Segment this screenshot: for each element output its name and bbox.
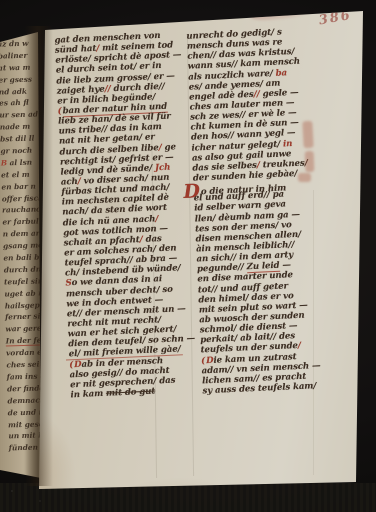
red-initial: D (183, 186, 200, 197)
ink-text: uget ab m (4, 288, 42, 298)
manuscript-line: B al lsn (1, 156, 40, 169)
ink-text: n dem aru (3, 229, 42, 239)
manuscript-line: n dem aru (3, 228, 42, 241)
manuscript-line: hailsgepul (5, 299, 42, 312)
ink-text: de und m (8, 407, 42, 417)
rubricated-text: / (155, 214, 158, 224)
ink-text: rauchandl (2, 205, 42, 215)
manuscript-line: er farbul (2, 216, 41, 229)
manuscript-line: er gsess (0, 73, 38, 86)
manuscript-line: mit gesch (8, 418, 42, 431)
manuscript-line: ches sein (6, 358, 42, 371)
manuscript-photo: { "folio": { "number": "386" }, "colors"… (0, 0, 376, 512)
pigment-stain (305, 151, 315, 172)
ink-text: ge (161, 142, 176, 153)
manuscript-line: de und m (8, 406, 42, 419)
ink-text: offer fisch (2, 193, 42, 203)
ink-text: mit gesch (8, 419, 42, 429)
manuscript-line: uget ab m (4, 287, 42, 300)
manuscript-line: un mit bl (8, 430, 42, 443)
manuscript-page: 386 gat den menschen vonsünd hat/ mit se… (0, 0, 376, 512)
manuscript-line: en bali bil (3, 251, 42, 264)
ink-text: al lsn (7, 158, 32, 168)
manuscript-line: war gereilt (5, 323, 42, 336)
ink-text: ches sein (6, 359, 42, 369)
manuscript-line: teufel sind (4, 275, 42, 288)
ink-text: nade m (0, 122, 30, 132)
ink-text: demnach (7, 395, 42, 405)
rubricated-text: ba (275, 68, 287, 79)
manuscript-line: der finden (7, 382, 42, 395)
manuscript-line: demnach (7, 394, 42, 407)
manuscript-line: es ah fl (0, 97, 38, 110)
manuscript-line: In der fel (6, 335, 42, 348)
ink-text: un mit bl (8, 431, 42, 441)
red-paragraph-mark: ( (69, 360, 73, 370)
ink-text: vordan el (6, 348, 42, 358)
ink-text: et el m (1, 170, 30, 180)
ink-text: gsang mo (3, 241, 42, 251)
ink-text: er farbul (2, 217, 39, 227)
facing-page: az dn wbalinerat wa mer gsessnd adkes ah… (0, 32, 42, 480)
ink-text: er gsess (0, 74, 32, 84)
ink-text: hailsgepul (5, 300, 42, 310)
text-column-left: gat den menschen vonsünd hat/ mit seinem… (54, 30, 198, 400)
ink-text: fam ins d (7, 371, 42, 381)
ink-text: war gereilt (5, 324, 42, 334)
ink-text: baliner (0, 51, 27, 61)
ink-text: ferner sieb (5, 312, 42, 322)
ink-text: es ah fl (0, 98, 29, 108)
manuscript-line: ferner sieb (5, 311, 42, 324)
rubricated-text: / (298, 341, 301, 351)
manuscript-line: durch dns (4, 263, 42, 276)
ink-text: fünden m (9, 443, 42, 453)
rubricated-text: mit do gut (106, 386, 156, 398)
manuscript-line: fam ins d (7, 370, 42, 383)
facing-page-text: az dn wbalinerat wa mer gsessnd adkes ah… (0, 32, 42, 455)
rubricated-text: in (283, 139, 293, 149)
pigment-stain (302, 121, 313, 148)
rubricated-text: Jch (155, 162, 171, 173)
red-paragraph-mark: ( (201, 356, 205, 366)
ink-text: ur sen ad (0, 110, 38, 120)
ink-text: in kam (70, 389, 106, 401)
ink-text: durch dns (4, 264, 42, 274)
ink-text: az dn w (0, 39, 29, 49)
ink-text: teufel sind (4, 276, 42, 286)
manuscript-line: gsang mo (3, 240, 42, 253)
text-column-right: unrecht do gedigt/ smensch duns was rech… (186, 24, 372, 396)
manuscript-line: en bar n (1, 180, 40, 193)
ink-text: der finden (7, 383, 42, 393)
manuscript-line: ur sen ad (0, 109, 39, 122)
manuscript-line: fünden m (9, 442, 42, 455)
pigment-stain (298, 173, 311, 182)
ink-text: bst dil ll (0, 134, 34, 144)
ink-text: nd adk (0, 86, 27, 96)
rubricated-text: In der fel (6, 336, 42, 347)
red-paragraph-mark: ( (57, 106, 61, 116)
manuscript-line: gr noch (0, 144, 39, 157)
ink-text: at wa m (0, 62, 31, 72)
manuscript-line: offer fisch (2, 192, 41, 205)
ink-text: en bali bil (3, 252, 42, 262)
writing-block: gat den menschen vonsünd hat/ mit seinem… (48, 16, 376, 488)
manuscript-line: bst dil ll (0, 133, 39, 146)
ink-text: gr noch (0, 146, 32, 156)
ink-text: en bar n (1, 181, 36, 191)
manuscript-line: vordan el (6, 347, 42, 360)
